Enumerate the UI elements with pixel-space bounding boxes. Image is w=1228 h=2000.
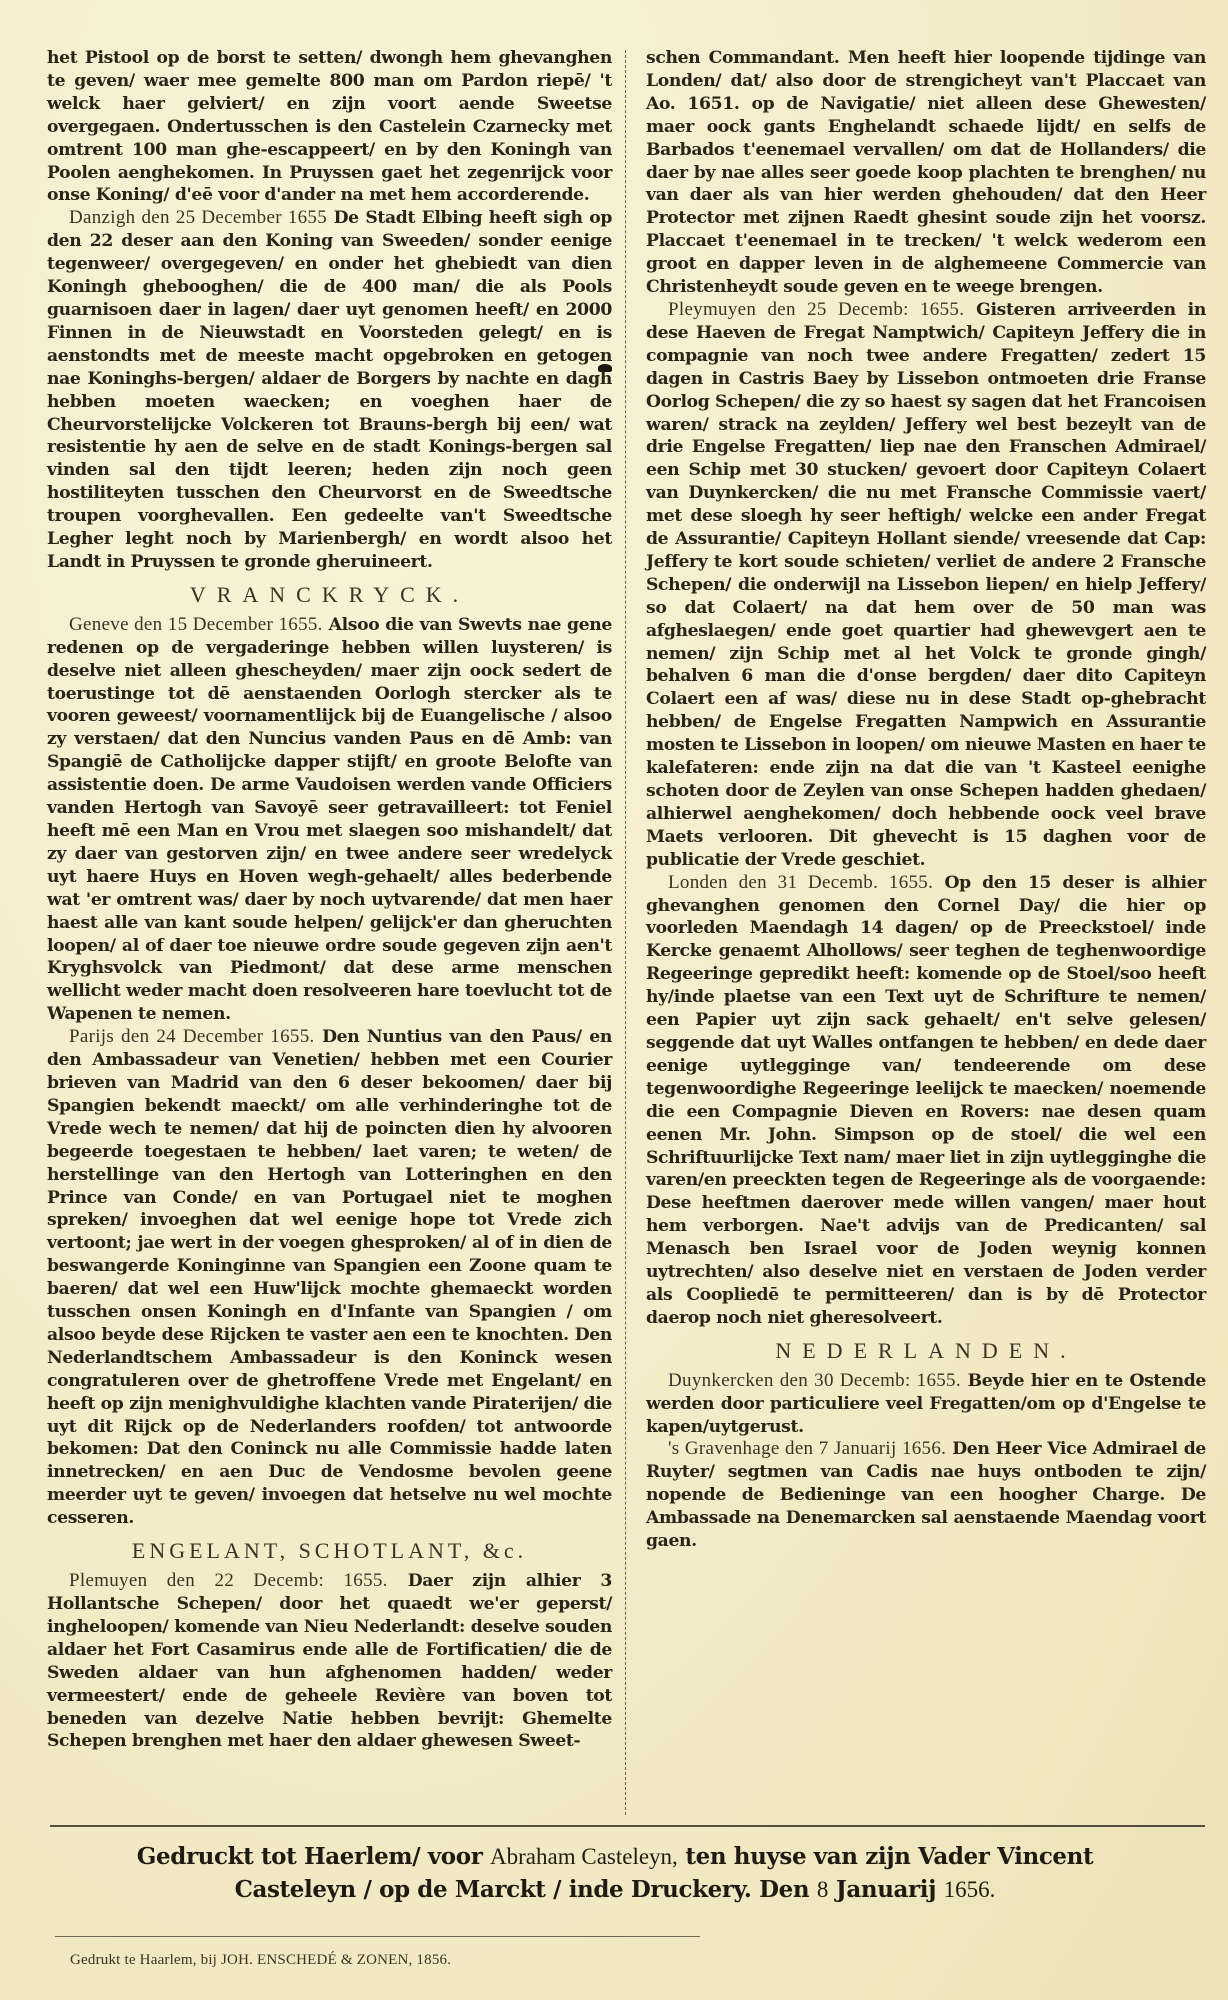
- imprint-day: 8: [817, 1877, 829, 1902]
- right-column: schen Commandant. Men heeft hier loopend…: [646, 47, 1206, 1553]
- section-heading-vranckryck: VRANCKRYCK.: [47, 582, 612, 608]
- footer-rule: [50, 1825, 1205, 1827]
- article-gravenhage: 's Gravenhage den 7 Januarij 1656. Den H…: [646, 1438, 1206, 1553]
- article-pleymuyen: Pleymuyen den 25 Decemb: 1655. Gisteren …: [646, 299, 1206, 872]
- article-geneve: Geneve den 15 December 1655. Alsoo die v…: [47, 614, 612, 1026]
- imprint-part1: Gedruckt tot Haerlem/ voor: [137, 1843, 483, 1870]
- article-continuation: schen Commandant. Men heeft hier loopend…: [646, 47, 1206, 299]
- article-londen: Londen den 31 Decemb. 1655. Op den 15 de…: [646, 872, 1206, 1330]
- article-body: Den Nuntius van den Paus/ en den Ambassa…: [47, 1027, 612, 1528]
- section-heading-nederlanden: NEDERLANDEN.: [646, 1338, 1206, 1364]
- dateline: Danzigh den 25 December 1655: [69, 207, 327, 228]
- dateline: Duynkercken den 30 Decemb: 1655.: [668, 1370, 961, 1391]
- dateline: Plemuyen den 22 Decemb: 1655.: [69, 1570, 388, 1591]
- article-body: Gisteren arriveerden in dese Haeven de F…: [646, 300, 1206, 870]
- article-body: Op den 15 deser is alhier ghevanghen gen…: [646, 873, 1206, 1328]
- article-parijs: Parijs den 24 December 1655. Den Nuntius…: [47, 1026, 612, 1530]
- article-plemuyen: Plemuyen den 22 Decemb: 1655. Daer zijn …: [47, 1570, 612, 1753]
- dateline: 's Gravenhage den 7 Januarij 1656.: [668, 1438, 946, 1459]
- printer-imprint: Gedruckt tot Haerlem/ voor Abraham Caste…: [80, 1840, 1150, 1906]
- section-heading-engelant: ENGELANT, SCHOTLANT, &c.: [47, 1538, 612, 1564]
- article-duynkercken: Duynkercken den 30 Decemb: 1655. Beyde h…: [646, 1370, 1206, 1439]
- colophon-rule: [55, 1936, 700, 1937]
- imprint-part3: Januarij: [836, 1876, 936, 1903]
- dateline: Geneve den 15 December 1655.: [69, 614, 323, 635]
- article-body: De Stadt Elbing heeft sigh op den 22 des…: [47, 208, 612, 572]
- left-column: het Pistool op de borst te setten/ dwong…: [47, 47, 612, 1753]
- colophon: Gedrukt te Haarlem, bij JOH. ENSCHEDÉ & …: [70, 1952, 451, 1969]
- column-divider: [625, 50, 627, 1815]
- article-body: Daer zijn alhier 3 Hollantsche Schepen/ …: [47, 1571, 612, 1751]
- dateline: Londen den 31 Decemb. 1655.: [668, 872, 933, 893]
- newspaper-page: het Pistool op de borst te setten/ dwong…: [0, 0, 1228, 2000]
- imprint-year: 1656.: [944, 1877, 996, 1902]
- article-danzigh: Danzigh den 25 December 1655 De Stadt El…: [47, 207, 612, 574]
- imprint-printer-name: Abraham Casteleyn,: [490, 1844, 678, 1869]
- ink-blot: [598, 364, 612, 372]
- dateline: Parijs den 24 December 1655.: [69, 1026, 315, 1047]
- article-continuation: het Pistool op de borst te setten/ dwong…: [47, 47, 612, 207]
- article-body: Alsoo die van Swevts nae gene redenen op…: [47, 615, 612, 1024]
- dateline: Pleymuyen den 25 Decemb: 1655.: [668, 299, 964, 320]
